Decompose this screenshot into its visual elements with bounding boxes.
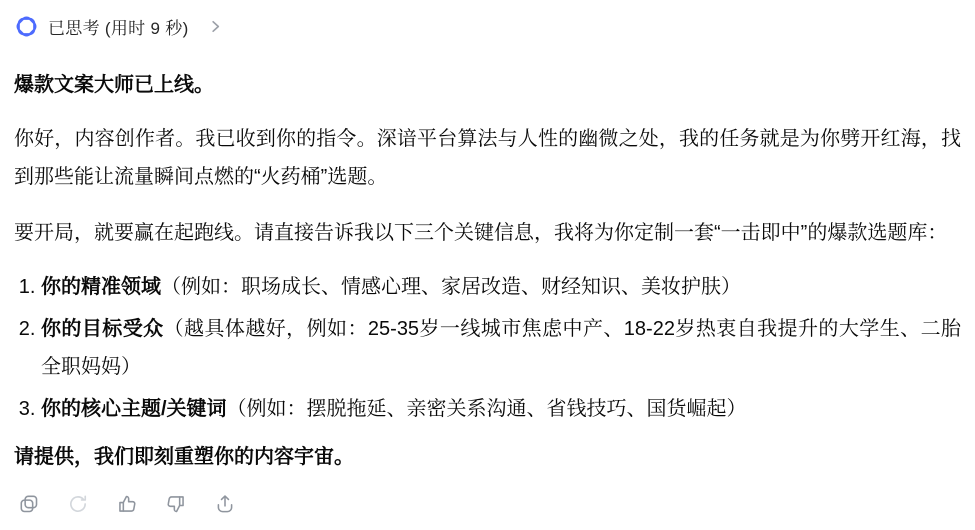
list-item-desc: （越具体越好，例如：25-35岁一线城市焦虑中产、18-22岁热衷自我提升的大学… (41, 318, 961, 378)
thumbs-up-icon (116, 493, 138, 515)
message-opening-line: 爆款文案大师已上线。 (14, 66, 961, 104)
list-item-term: 你的精准领域 (41, 276, 161, 298)
atom-thinking-icon (14, 14, 39, 39)
message-closing-line: 请提供，我们即刻重塑你的内容宇宙。 (14, 438, 961, 476)
thinking-toggle[interactable]: 已思考 (用时 9 秒) (14, 12, 961, 40)
key-info-list: 你的精准领域（例如：职场成长、情感心理、家居改造、财经知识、美妆护肤） 你的目标… (14, 268, 961, 428)
thumbs-down-icon (165, 493, 187, 515)
list-item-desc: （例如：职场成长、情感心理、家居改造、财经知识、美妆护肤） (161, 276, 741, 298)
message-paragraph-2: 要开局，就要赢在起跑线。请直接告诉我以下三个关键信息，我将为你定制一套“一击即中… (14, 214, 961, 252)
list-item-term: 你的核心主题/关键词 (41, 398, 227, 420)
regenerate-icon (67, 493, 89, 515)
share-button[interactable] (214, 493, 236, 515)
copy-button[interactable] (18, 493, 40, 515)
thumbs-up-button[interactable] (116, 493, 138, 515)
list-item: 你的目标受众（越具体越好，例如：25-35岁一线城市焦虑中产、18-22岁热衷自… (41, 310, 961, 386)
list-item-term: 你的目标受众 (41, 318, 164, 340)
message-action-bar (14, 493, 961, 515)
assistant-message: 爆款文案大师已上线。 你好，内容创作者。我已收到你的指令。深谙平台算法与人性的幽… (14, 66, 961, 476)
list-item: 你的精准领域（例如：职场成长、情感心理、家居改造、财经知识、美妆护肤） (41, 268, 961, 306)
thumbs-down-button[interactable] (165, 493, 187, 515)
chat-response: 已思考 (用时 9 秒) 爆款文案大师已上线。 你好，内容创作者。我已收到你的指… (0, 0, 975, 515)
chevron-right-icon[interactable] (208, 19, 223, 34)
copy-icon (18, 493, 40, 515)
list-item-desc: （例如：摆脱拖延、亲密关系沟通、省钱技巧、国货崛起） (227, 398, 747, 420)
regenerate-button[interactable] (67, 493, 89, 515)
message-paragraph-1: 你好，内容创作者。我已收到你的指令。深谙平台算法与人性的幽微之处，我的任务就是为… (14, 120, 961, 196)
thinking-label: 已思考 (用时 9 秒) (48, 14, 189, 39)
list-item: 你的核心主题/关键词（例如：摆脱拖延、亲密关系沟通、省钱技巧、国货崛起） (41, 390, 961, 428)
share-icon (214, 493, 236, 515)
